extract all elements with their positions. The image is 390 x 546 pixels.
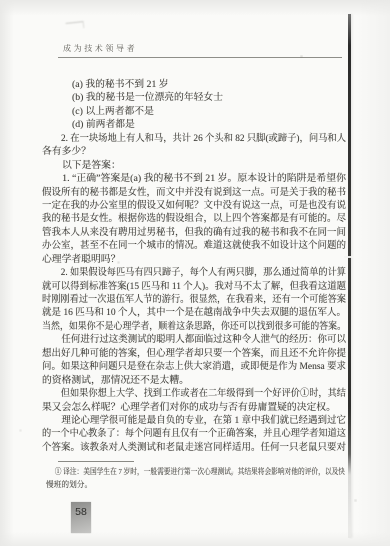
body-line: 各有多少？ <box>42 145 91 158</box>
body-line: 理论心理学很可能是最自负的专业，在第 1 章中我们就已经遇到过它 <box>42 414 346 427</box>
body-line: 果又会怎么样呢？心理学者们对你的成功与否有毋庸置疑的决定权。 <box>42 401 336 414</box>
body-text: (a) 我的秘书不到 21 岁(b) 我的秘书是一位漂亮的年轻女士(c) 以上两… <box>42 78 346 454</box>
running-header-title: 成为技术领导者 <box>63 43 137 54</box>
body-line: (c) 以上两者都不是 <box>42 105 154 118</box>
body-line: 2. 如果假设每匹马有四只蹄子，每个人有两只脚，那么通过简单的计算 <box>42 266 346 279</box>
page-number-tab: 58 <box>71 502 91 533</box>
header-rule <box>58 57 342 58</box>
page-number: 58 <box>71 506 91 518</box>
body-line: 我的秘书是女性。根据你选的假设组合，以上四个答案都是有可能的。尽 <box>42 212 346 225</box>
body-line: 的一个中心教条了：每个问题有且仅有一个正确答案，并且心理学者知道这 <box>42 427 346 440</box>
body-line: 就是 16 匹马和 10 个人，其中一个是在越南战争中失去双腿的退伍军人。 <box>42 306 346 319</box>
scan-speckles <box>0 0 1 1</box>
body-line: (b) 我的秘书是一位漂亮的年轻女士 <box>42 91 223 104</box>
body-line: 就可以得到标准答案(15 匹马和 11 个人)。我对马不太了解，但我看这道题 <box>42 280 346 293</box>
page-scan: 成为技术领导者 (a) 我的秘书不到 21 岁(b) 我的秘书是一位漂亮的年轻女… <box>0 0 390 546</box>
body-line: 当然，如果你不是心理学者，顺着这条思路，你还可以找到很多可能的答案。 <box>42 320 346 333</box>
body-line: 1. “正确”答案是(a) 我的秘书不到 21 岁。原本设计的陷阱是希望你 <box>42 172 346 185</box>
footnote-line: ① 译注：美国学生在 7 岁时，一般需要进行第一次心理测试，其结果将会影响对他的… <box>46 466 345 479</box>
footnote: ① 译注：美国学生在 7 岁时，一般需要进行第一次心理测试，其结果将会影响对他的… <box>46 466 345 491</box>
body-line: 任何进行过这类测试的聪明人都面临过这种令人泄气的经历：你可以 <box>42 333 346 346</box>
binding-edge <box>348 14 351 538</box>
body-line: (d) 前两者都是 <box>42 118 135 131</box>
body-line: 个答案。该教条对人类测试和老鼠走迷宫同样适用。任何一只老鼠只要对 <box>42 441 346 454</box>
body-line: 以下是答案： <box>42 159 121 172</box>
body-line: 假设所有的秘书都是女性，而文中并没有说到这一点。可是关于我的秘书 <box>42 186 346 199</box>
body-line: 想出好几种可能的答案，但心理学者却只要一个答案，而且还不允许你提 <box>42 347 346 360</box>
footnote-separator <box>58 461 134 462</box>
body-line: 的资格测试，那情况还不是太糟。 <box>42 374 189 387</box>
body-line: 管我本人从来没有聘用过男秘书，但我的确有过我的秘书和我不在同一间 <box>42 226 346 239</box>
body-line: 办公室，甚至不在同一个城市的情况。难道这就使我不如设计这个问题的 <box>42 239 346 252</box>
binding-edge-notch <box>344 256 353 258</box>
paper-smudge <box>66 21 85 30</box>
body-line: 时刚刚看过一次退伍军人节的游行。很显然，在我看来，还有一个可能答案 <box>42 293 346 306</box>
body-line: 心理学者聪明吗？ <box>42 253 120 266</box>
body-line: 一定在我的办公室里的假设又如何呢？文中没有说这一点，可是也没有说 <box>42 199 346 212</box>
body-line: (a) 我的秘书不到 21 岁 <box>42 78 169 91</box>
footnote-line: 慢班的划分。 <box>46 479 92 492</box>
body-line: 但如果你想上大学、找到工作或者在二年级得到一个好评价①时，其结 <box>42 387 346 400</box>
body-line: 问。如果这种问题只是登在杂志上供大家消遣，或即便是作为 Mensa 要求 <box>42 360 346 373</box>
body-line: 2. 在一块场地上有人和马，共计 26 个头和 82 只脚(或蹄子)，问马和人 <box>42 132 346 145</box>
